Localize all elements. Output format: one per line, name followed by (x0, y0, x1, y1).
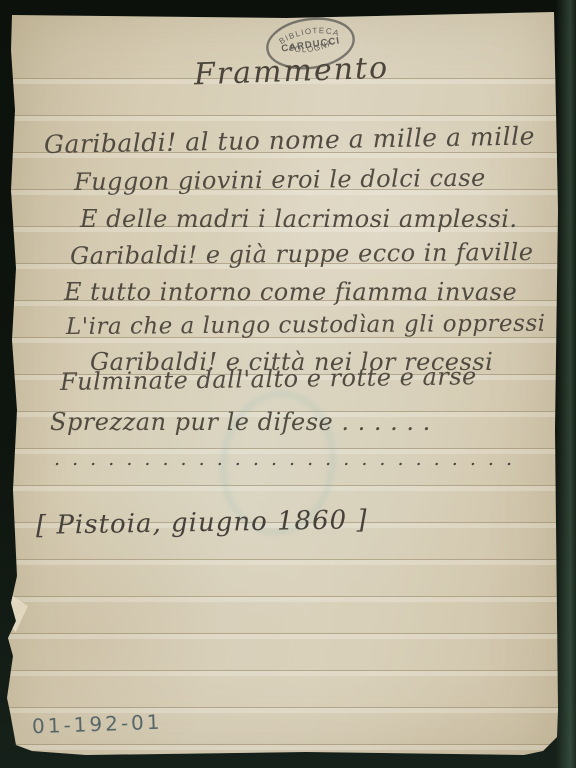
catalog-number: 01-192-01 (32, 710, 163, 739)
place-date-notation: [ Pistoia, giugno 1860 ] (36, 507, 368, 539)
manuscript-photo: BIBLIOTECA CARDUCCI BOLOGNA Frammento Ga… (0, 0, 576, 768)
poem-line-9: Sprezzan pur le difese . . . . . . (50, 408, 431, 437)
poem-ellipsis-line: . . . . . . . . . . . . . . . . . . . . … (54, 448, 515, 471)
poem-body: Garibaldi! al tuo nome a mille a mille F… (0, 0, 576, 768)
poem-line-2: Fuggon giovini eroi le dolci case (74, 164, 486, 197)
poem-line-6: L'ira che a lungo custodìan gli oppressi (66, 311, 546, 342)
poem-line-8: Fulminate dall'alto e rotte e arse (60, 362, 477, 397)
poem-line-1: Garibaldi! al tuo nome a mille a mille (44, 121, 535, 160)
poem-line-4: Garibaldi! e già ruppe ecco in faville (70, 238, 534, 271)
poem-line-3: E delle madri i lacrimosi amplessi. (80, 205, 518, 234)
poem-line-5: E tutto intorno come fiamma invase (64, 278, 517, 307)
